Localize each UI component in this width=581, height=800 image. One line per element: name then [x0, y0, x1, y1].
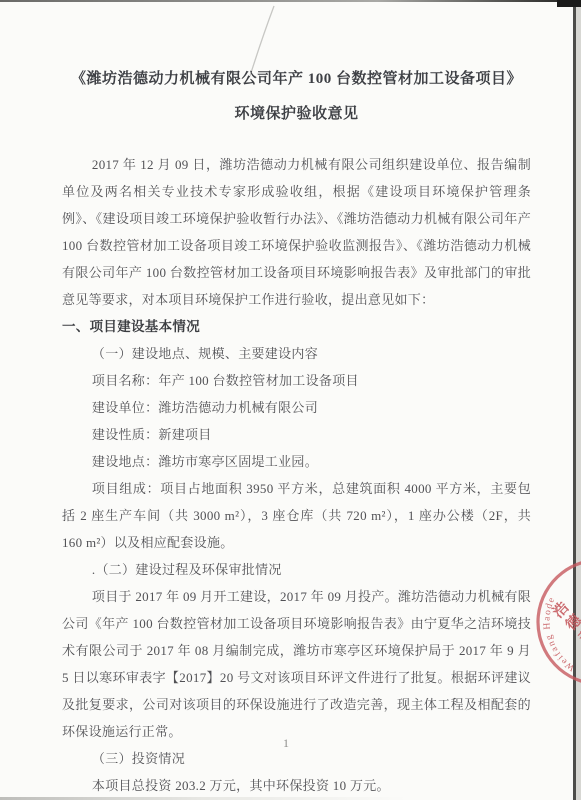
- section-heading-basic-info: 一、项目建设基本情况: [62, 313, 531, 340]
- doc-title-line1: 《潍坊浩德动力机械有限公司年产 100 台数控管材加工设备项目》: [62, 70, 531, 88]
- item-construction-nature: 建设性质：新建项目: [62, 421, 531, 448]
- document-body: 2017 年 12 月 09 日，潍坊浩德动力机械有限公司组织建设单位、报告编制…: [62, 151, 531, 799]
- item-construction-unit: 建设单位：潍坊浩德动力机械有限公司: [62, 394, 531, 421]
- paragraph-investment: 本项目总投资 203.2 万元，其中环保投资 10 万元。: [62, 772, 531, 799]
- item-project-name: 项目名称：年产 100 台数控管材加工设备项目: [62, 367, 531, 394]
- item-construction-site: 建设地点：潍坊市寒亭区固堤工业园。: [62, 448, 531, 475]
- paragraph-construction-process: 项目于 2017 年 09 月开工建设，2017 年 09 月投产。潍坊浩德动力…: [62, 583, 531, 745]
- scan-edge-top: [0, 0, 581, 2]
- paragraph-project-composition: 项目组成：项目占地面积 3950 平方米，总建筑面积 4000 平方米，主要包括…: [62, 475, 531, 556]
- subsection-process-approval: .（二）建设过程及环保审批情况: [62, 556, 531, 583]
- paragraph-intro: 2017 年 12 月 09 日，潍坊浩德动力机械有限公司组织建设单位、报告编制…: [62, 151, 531, 313]
- page-number: 1: [0, 736, 572, 751]
- scanned-document-page: 《潍坊浩德动力机械有限公司年产 100 台数控管材加工设备项目》 环境保护验收意…: [0, 0, 581, 800]
- doc-title-line2: 环境保护验收意见: [62, 105, 531, 123]
- subsection-location-scale: （一）建设地点、规模、主要建设内容: [62, 340, 531, 367]
- scan-corner-top-right: [557, 0, 581, 7]
- document-content: 《潍坊浩德动力机械有限公司年产 100 台数控管材加工设备项目》 环境保护验收意…: [62, 70, 531, 799]
